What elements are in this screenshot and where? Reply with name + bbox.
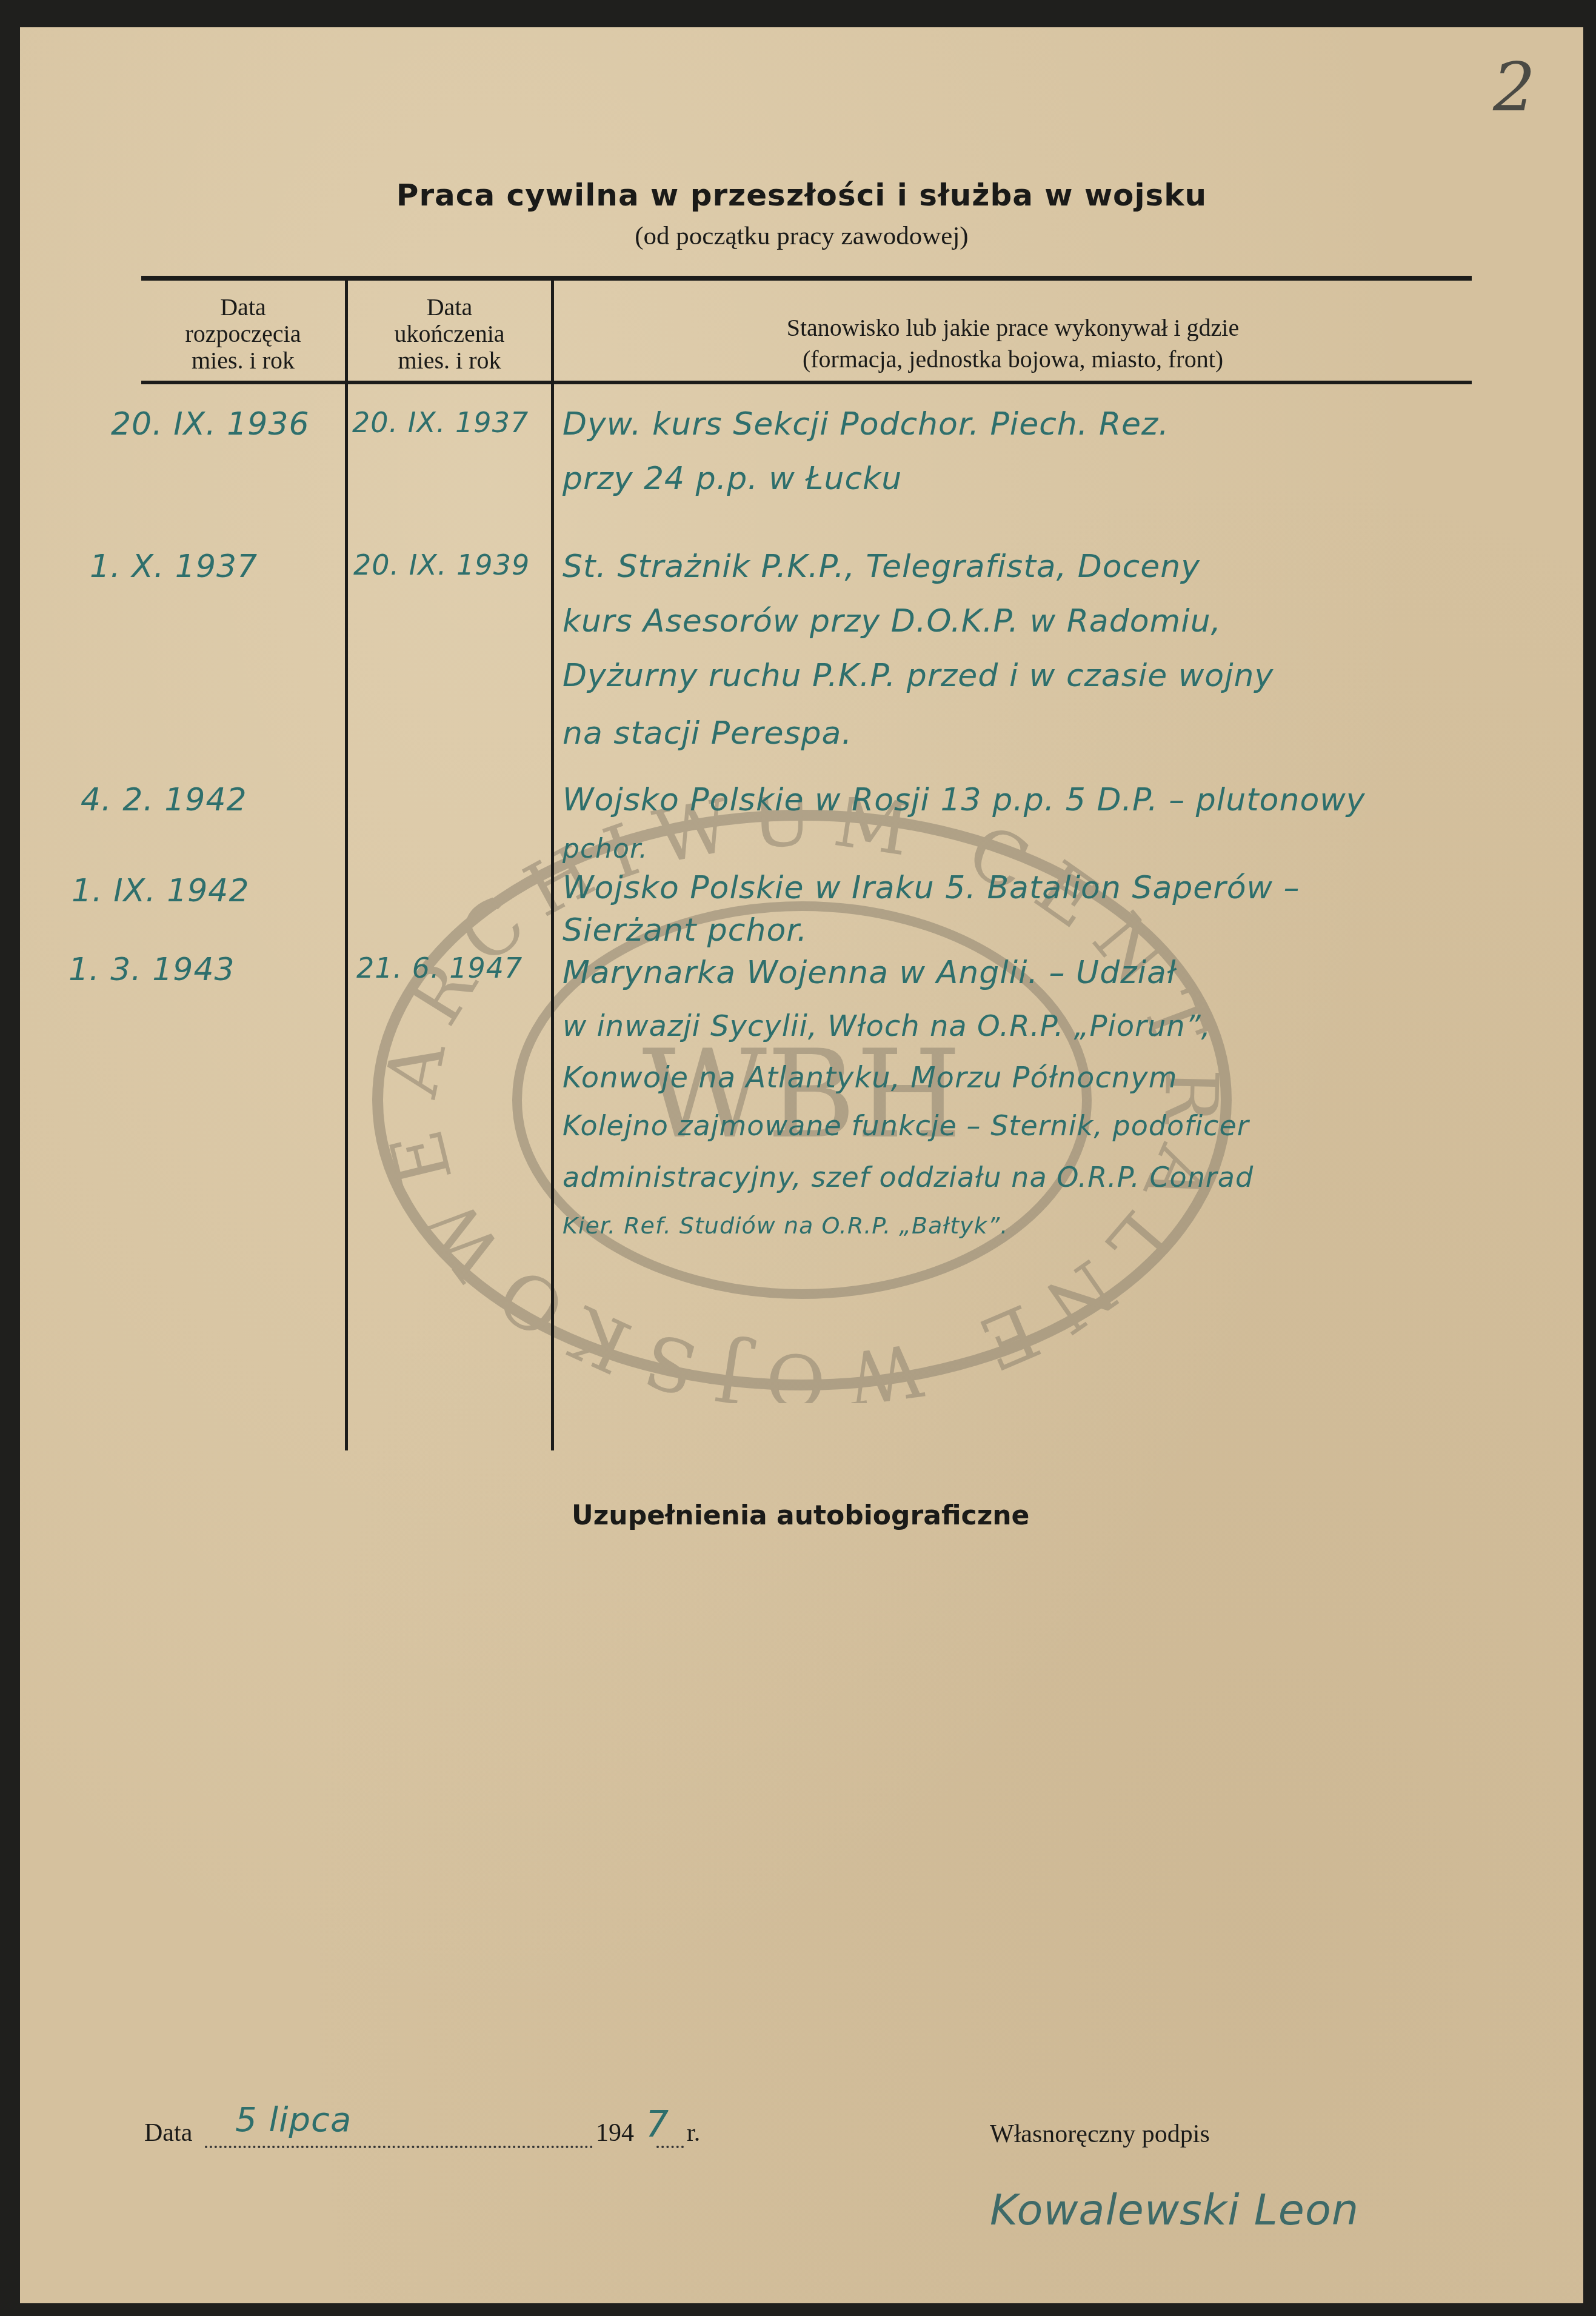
row-2-line-3: Dyżurny ruchu P.K.P. przed i w czasie wo… (563, 658, 1274, 694)
year-prefix: 194 (596, 2118, 634, 2147)
row-5-line-3: Konwoje na Atlantyku, Morzu Północnym (563, 1061, 1177, 1095)
header-start-date: Data rozpoczęcia mies. i rok (141, 294, 345, 374)
row-5-line-4: Kolejno zajmowane funkcje – Sternik, pod… (563, 1109, 1249, 1142)
row-5-start-date: 1. 3. 1943 (68, 952, 235, 988)
row-3-start-date: 4. 2. 1942 (81, 782, 247, 818)
header-position: Stanowisko lub jakie prace wykonywał i g… (554, 312, 1472, 375)
row-1-line-2: przy 24 p.p. w Łucku (563, 461, 902, 497)
row-1-line-1: Dyw. kurs Sekcji Podchor. Piech. Rez. (563, 406, 1169, 442)
page-number: 2 (1493, 48, 1535, 126)
year-suffix: 7 (646, 2103, 669, 2146)
header-end-date: Data ukończenia mies. i rok (348, 294, 551, 374)
row-5-line-2: w inwazji Sycylii, Włoch na O.R.P. „Pior… (563, 1009, 1211, 1043)
row-4-start-date: 1. IX. 1942 (72, 873, 250, 909)
autobiography-section-title: Uzupełnienia autobiograficzne (572, 1500, 1029, 1531)
row-2-start-date: 1. X. 1937 (90, 549, 258, 585)
signature-label: Własnoręczny podpis (990, 2120, 1210, 2149)
row-2-line-1: St. Strażnik P.K.P., Telegrafista, Docen… (563, 549, 1200, 585)
column-divider-2 (551, 281, 554, 1450)
svg-text:WBH: WBH (643, 1024, 962, 1166)
row-1-end-date: 20. IX. 1937 (352, 406, 529, 439)
row-5-line-6: Kier. Ref. Studiów na O.R.P. „Bałtyk”. (563, 1212, 1008, 1239)
page-title: Praca cywilna w przeszłości i służba w w… (20, 178, 1583, 213)
date-value: 5 lipca (235, 2100, 352, 2140)
row-5-end-date: 21. 6. 1947 (356, 952, 523, 984)
signature: Kowalewski Leon (990, 2185, 1359, 2235)
date-dotted-line (205, 2146, 593, 2148)
document-page: ARCHIWUM CENTRALNE WOJSKOWE WBH 2 Praca … (20, 27, 1583, 2303)
row-1-start-date: 20. IX. 1936 (111, 406, 310, 442)
row-2-end-date: 20. IX. 1939 (353, 549, 530, 581)
row-4-line-2: Sierżant pchor. (563, 912, 807, 949)
date-label: Data (144, 2118, 192, 2147)
row-2-line-4: na stacji Perespa. (563, 715, 852, 752)
row-3-line-1: Wojsko Polskie w Rosji 13 p.p. 5 D.P. – … (563, 782, 1366, 818)
row-5-line-1: Marynarka Wojenna w Anglii. – Udział (563, 955, 1177, 991)
table-header-rule (141, 381, 1472, 384)
row-4-line-1: Wojsko Polskie w Iraku 5. Batalion Saper… (563, 870, 1300, 906)
row-5-line-5: administracyjny, szef oddziału na O.R.P.… (563, 1161, 1254, 1193)
page-subtitle: (od początku pracy zawodowej) (20, 221, 1583, 251)
year-unit: r. (687, 2118, 700, 2147)
year-dotted-line (656, 2146, 684, 2148)
column-divider-1 (345, 281, 348, 1450)
row-3-line-2: pchor. (563, 833, 648, 864)
row-2-line-2: kurs Asesorów przy D.O.K.P. w Radomiu, (563, 603, 1221, 639)
table-top-rule (141, 276, 1472, 281)
